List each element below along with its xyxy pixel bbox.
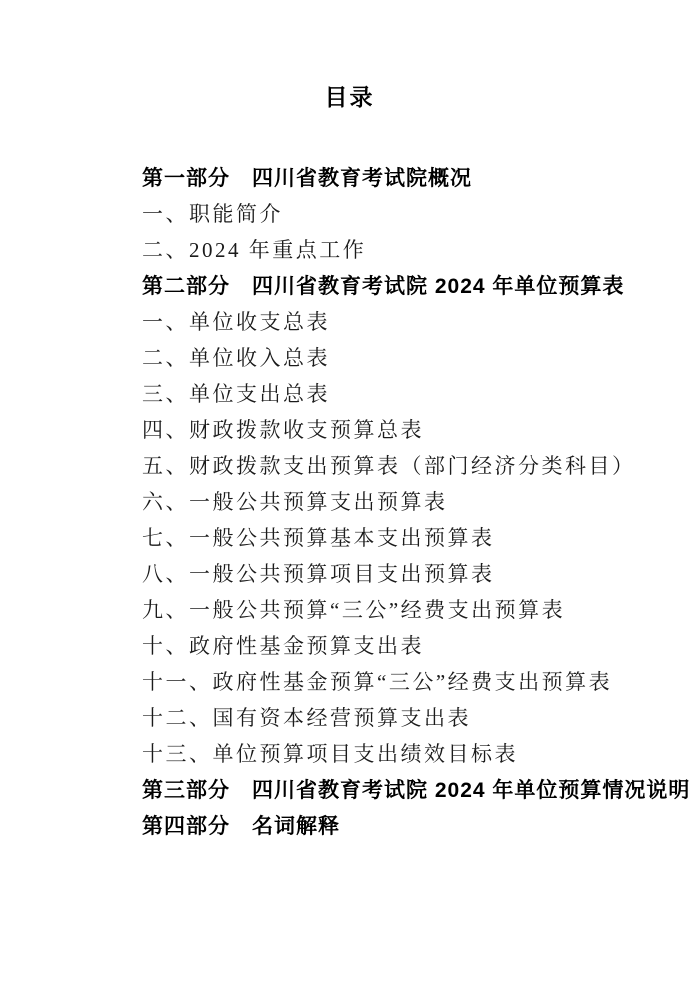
document-page: 目录 第一部分 四川省教育考试院概况 一、职能简介 二、2024 年重点工作 第… [0, 0, 699, 988]
toc-item-15: 十三、单位预算项目支出绩效目标表 [142, 735, 659, 771]
toc-item-5: 三、单位支出总表 [142, 375, 659, 411]
toc-section-part1: 第一部分 四川省教育考试院概况 [142, 159, 659, 195]
toc-item-10: 八、一般公共预算项目支出预算表 [142, 555, 659, 591]
toc-item-9: 七、一般公共预算基本支出预算表 [142, 519, 659, 555]
toc-section-part4: 第四部分 名词解释 [142, 807, 659, 843]
toc-item-14: 十二、国有资本经营预算支出表 [142, 699, 659, 735]
toc-section-part3: 第三部分 四川省教育考试院 2024 年单位预算情况说明 [142, 771, 659, 807]
toc-item-8: 六、一般公共预算支出预算表 [142, 483, 659, 519]
table-of-contents: 第一部分 四川省教育考试院概况 一、职能简介 二、2024 年重点工作 第二部分… [142, 159, 659, 843]
toc-section-part2: 第二部分 四川省教育考试院 2024 年单位预算表 [142, 267, 659, 303]
toc-item-6: 四、财政拨款收支预算总表 [142, 411, 659, 447]
toc-item-1: 一、职能简介 [142, 195, 659, 231]
toc-item-7: 五、财政拨款支出预算表（部门经济分类科目） [142, 447, 659, 483]
toc-item-4: 二、单位收入总表 [142, 339, 659, 375]
toc-item-3: 一、单位收支总表 [142, 303, 659, 339]
toc-item-12: 十、政府性基金预算支出表 [142, 627, 659, 663]
toc-item-2: 二、2024 年重点工作 [142, 231, 659, 267]
toc-item-11: 九、一般公共预算“三公”经费支出预算表 [142, 591, 659, 627]
page-title: 目录 [0, 0, 699, 111]
toc-item-13: 十一、政府性基金预算“三公”经费支出预算表 [142, 663, 659, 699]
